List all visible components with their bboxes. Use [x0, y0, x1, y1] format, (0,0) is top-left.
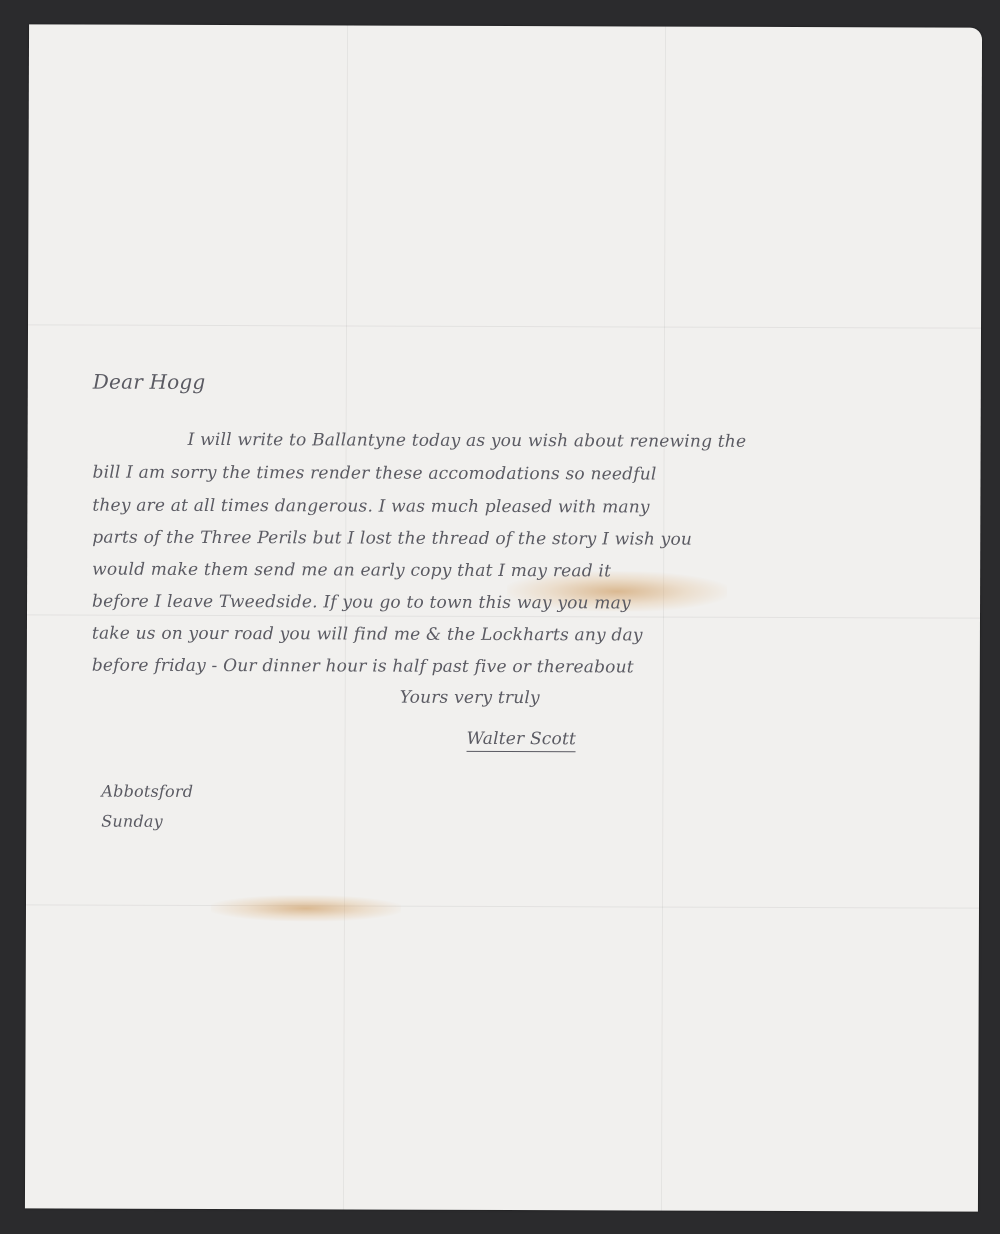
- body-line: before friday - Our dinner hour is half …: [92, 656, 634, 678]
- fold-line: [27, 614, 980, 618]
- body-line: they are at all times dangerous. I was m…: [92, 496, 649, 518]
- fold-line: [26, 904, 979, 908]
- salutation: Dear Hogg: [93, 370, 206, 394]
- body-line: take us on your road you will find me & …: [92, 624, 643, 646]
- body-line: bill I am sorry the times render these a…: [92, 463, 656, 485]
- closing: Yours very truly: [400, 688, 540, 708]
- fold-line: [661, 27, 666, 1211]
- letter-paper: Dear Hogg I will write to Ballantyne tod…: [25, 24, 982, 1211]
- body-line: I will write to Ballantyne today as you …: [188, 430, 747, 452]
- body-line: would make them send me an early copy th…: [92, 560, 611, 582]
- signature: Walter Scott: [467, 729, 577, 752]
- body-line: parts of the Three Perils but I lost the…: [92, 528, 692, 550]
- fold-line: [28, 324, 981, 328]
- stain-mark: [211, 895, 401, 922]
- day: Sunday: [101, 807, 193, 837]
- fold-line: [343, 25, 348, 1209]
- place-date: Abbotsford Sunday: [101, 777, 193, 837]
- body-line: before I leave Tweedside. If you go to t…: [92, 592, 631, 614]
- place: Abbotsford: [101, 777, 193, 807]
